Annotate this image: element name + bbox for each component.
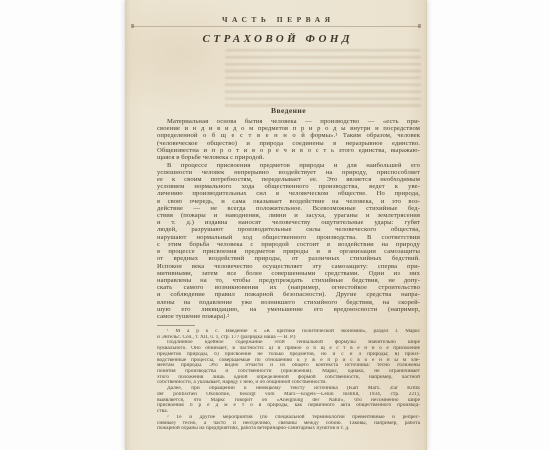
text-line: митивными, затем все более совершенными … xyxy=(157,270,420,277)
text-line: действие — не всегда положительное. Всев… xyxy=(157,205,420,212)
text-line: людей, разрушают производительные силы ч… xyxy=(157,226,420,233)
text-line: Испокон века человечество осуществляет э… xyxy=(157,263,420,270)
text-line: успешности человек непрерывно воздейству… xyxy=(157,169,420,176)
text-line: присвоения п р е д м е т о в природы, ка… xyxy=(157,403,420,409)
text-line: шую его ликвидацию, на уменьшение его вр… xyxy=(157,306,420,313)
text-line: самое тушение пожара).² xyxy=(157,313,420,320)
text-line: от вредных воздействий природы, от разли… xyxy=(157,255,420,262)
text-line: скать самого возникновения их (например,… xyxy=(157,284,420,291)
header-rule xyxy=(132,26,420,27)
show-through-texture xyxy=(225,49,421,111)
text-line: Общеизвестна и п р о т и в о р е ч и в о… xyxy=(157,147,420,154)
footnote-divider xyxy=(157,325,195,326)
text-line: определенной о б щ е с т в е н н о й фор… xyxy=(157,132,420,139)
page-title: СТРАХОВОЙ ФОНД xyxy=(125,33,427,45)
text-line: с этим борьба человека с природой состои… xyxy=(157,241,420,248)
text-line: условием нормального хода общественного … xyxy=(157,183,420,190)
footnote-1-source: ¹ М а р к с. Введение к «К критике полит… xyxy=(157,329,420,340)
body-paragraph: Материальная основа бытия человека — про… xyxy=(157,118,420,161)
text-line: личению производительных сил в человечес… xyxy=(157,190,420,197)
section-heading: Введение xyxy=(157,106,420,115)
text-line: Материальная основа бытия человека — про… xyxy=(157,118,420,125)
footnote-1-continuation: Далее, при обращении к немецкому тексту … xyxy=(157,386,420,415)
body-paragraph: В процессе присвоения предметов природы … xyxy=(157,162,420,321)
text-line: щаяся в борьбе человека с природой. xyxy=(157,154,420,161)
text-line: направлены на то, чтобы предупреждать ст… xyxy=(157,277,420,284)
book-page: ЧАСТЬ ПЕРВАЯ СТРАХОВОЙ ФОНД Введение Мат… xyxy=(125,0,427,450)
scan-background: ЧАСТЬ ПЕРВАЯ СТРАХОВОЙ ФОНД Введение Мат… xyxy=(0,0,550,450)
text-line: и т. д.) издавна наносят человечеству ощ… xyxy=(157,219,420,226)
text-line: нарушают нормальный ход общественного пр… xyxy=(157,234,420,241)
text-line: и соблюдение правил пожарной безопасност… xyxy=(157,291,420,298)
text-line: влены на подавление уже возникшего стихи… xyxy=(157,299,420,306)
part-label: ЧАСТЬ ПЕРВАЯ xyxy=(125,15,427,24)
text-line: своение и н д и в и д о м предметов п р … xyxy=(157,125,420,132)
text-line: В процессе присвоения предметов природы … xyxy=(157,162,420,169)
text-line: ствия (пожары и наводнения, ливни и засу… xyxy=(157,212,420,219)
footnote-1-paragraph: Подлинное идейное содержание этой гениал… xyxy=(157,340,420,386)
text-line: в свою очередь, и сама оказывает воздейс… xyxy=(157,198,420,205)
footnote-2: ² Те и другие мероприятия (по специально… xyxy=(157,415,420,432)
text-line: в процессе присвоения предметов природы … xyxy=(157,248,420,255)
text-line: (человеческое общество) и природа соедин… xyxy=(157,140,420,147)
text-line: ее к своим потребностям, переделывает ее… xyxy=(157,176,420,183)
text-line: пожарной охраны на предприятиях, работа … xyxy=(157,426,420,432)
